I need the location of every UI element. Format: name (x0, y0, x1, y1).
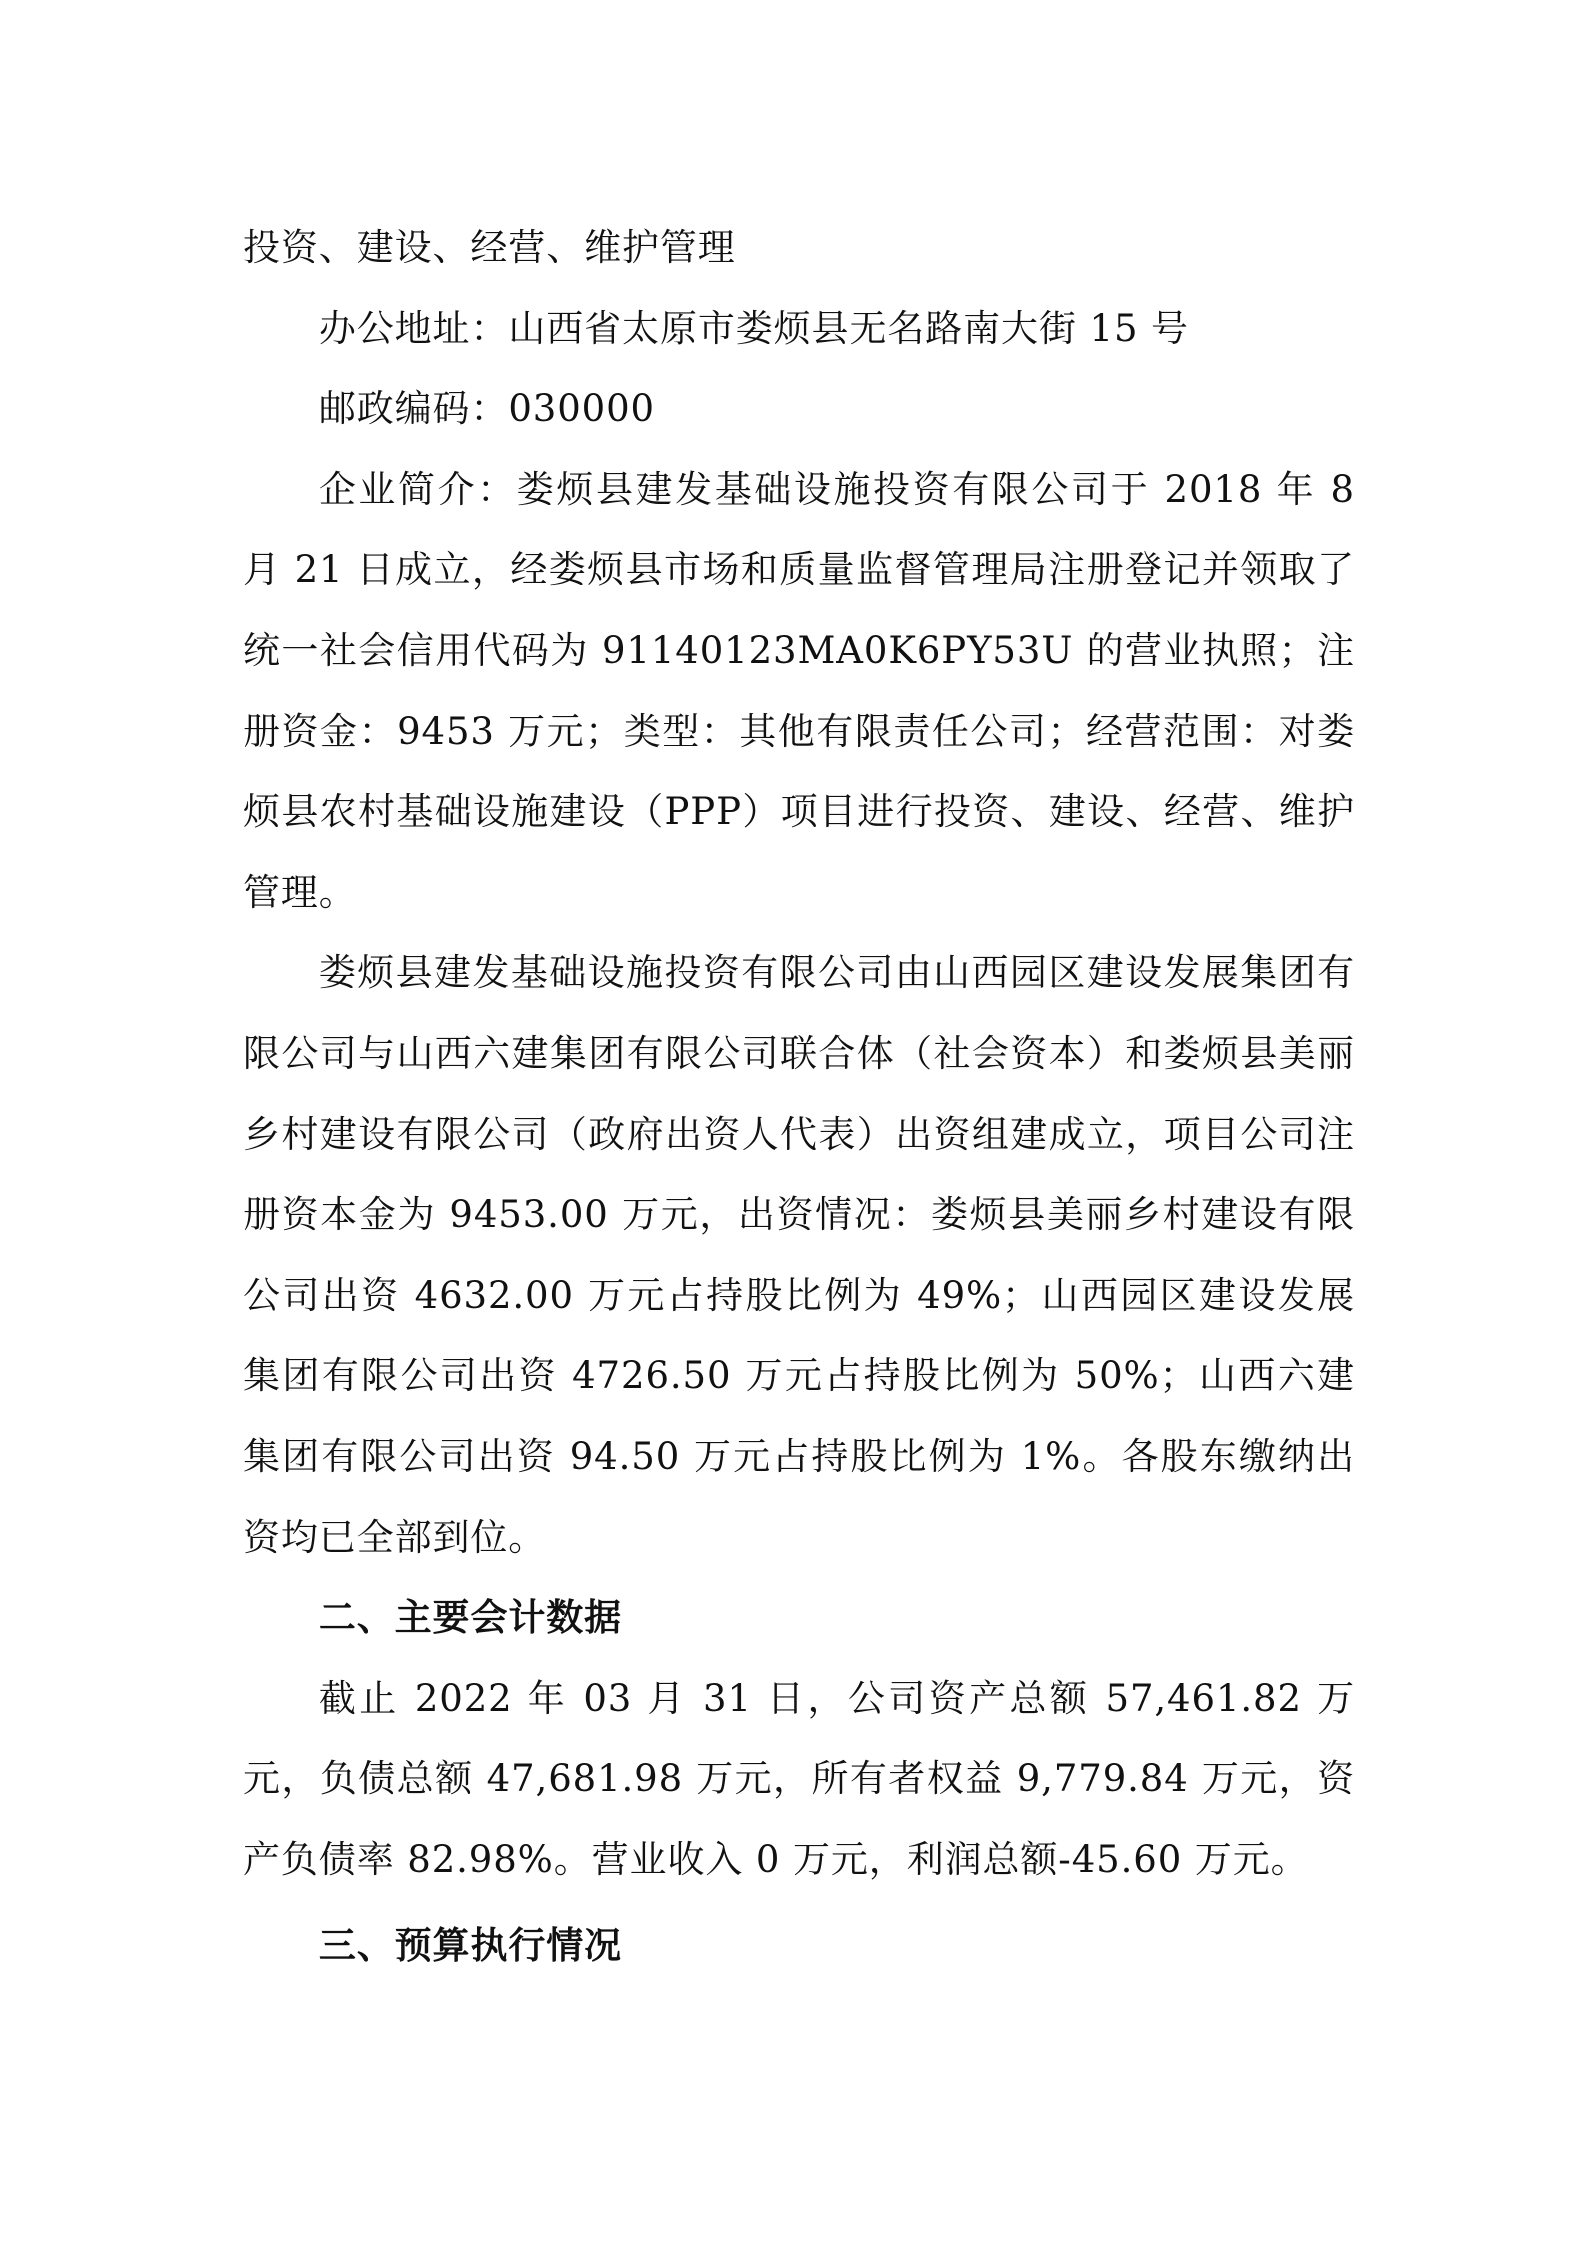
document-page: 投资、建设、经营、维护管理 办公地址：山西省太原市娄烦县无名路南大街 15 号 … (243, 208, 1355, 1987)
postcode-label: 邮政编码： (319, 387, 509, 430)
postcode: 邮政编码：030000 (243, 369, 1355, 450)
accounting-data-paragraph: 截止 2022 年 03 月 31 日，公司资产总额 57,461.82 万元，… (243, 1659, 1355, 1901)
office-address-label: 办公地址： (319, 307, 509, 350)
section-heading-accounting-data: 二、主要会计数据 (243, 1578, 1355, 1659)
postcode-value: 030000 (508, 387, 655, 430)
office-address-value: 山西省太原市娄烦县无名路南大街 15 号 (508, 307, 1189, 350)
section-heading-budget-execution: 三、预算执行情况 (243, 1906, 1355, 1987)
company-intro-paragraph: 企业简介：娄烦县建发基础设施投资有限公司于 2018 年 8 月 21 日成立，… (243, 450, 1355, 934)
office-address: 办公地址：山西省太原市娄烦县无名路南大街 15 号 (243, 289, 1355, 370)
shareholders-paragraph: 娄烦县建发基础设施投资有限公司由山西园区建设发展集团有限公司与山西六建集团有限公… (243, 933, 1355, 1578)
business-scope-continuation: 投资、建设、经营、维护管理 (243, 208, 1355, 289)
